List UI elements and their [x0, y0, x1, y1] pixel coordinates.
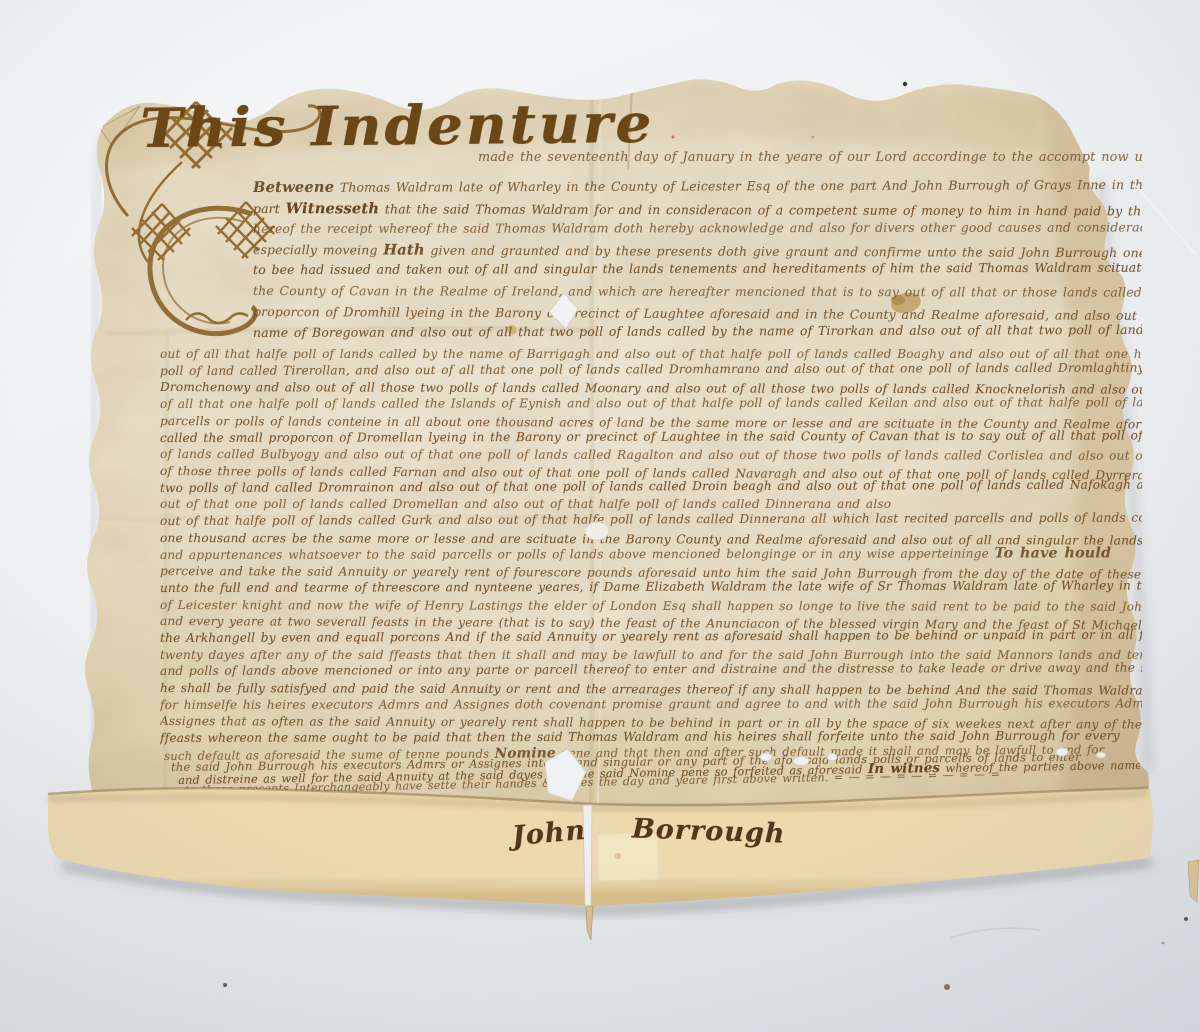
manuscript-line: to bee had issued and taken out of all a… [253, 260, 1142, 277]
manuscript-line: out of that halfe poll of lands called G… [160, 511, 1142, 528]
manuscript-line: the Arkhangell by even and equall porcon… [160, 627, 1142, 644]
manuscript-line: the County of Cavan in the Realme of Ire… [253, 283, 1142, 300]
manuscript-line: he shall be fully satisfyed and paid the… [160, 681, 1142, 698]
manuscript-line: of Leicester knight and now the wife of … [160, 598, 1142, 614]
manuscript-line: Dromchenowy and also out of all those tw… [160, 380, 1142, 397]
manuscript-line: unto the full end and tearme of threesco… [160, 578, 1142, 595]
photograph-of-indenture: This Indenture made the seventeenth day … [0, 0, 1200, 1032]
manuscript-line: proporcon of Dromhill lyeing in the Baro… [253, 304, 1142, 323]
signature-first-name: John [511, 815, 587, 852]
manuscript-line: especially moveing Hath given and graunt… [253, 241, 1142, 261]
manuscript-line: part Witnesseth that the said Thomas Wal… [253, 200, 1142, 219]
manuscript-line: poll of land called Tirerollan, and also… [160, 360, 1142, 377]
manuscript-line: made the seventeenth day of January in t… [478, 150, 1142, 165]
manuscript-line: and appurtenances whatsoever to the said… [160, 546, 1142, 564]
manuscript-line: twenty dayes after any of the said ffeas… [160, 648, 1142, 662]
manuscript-line: for himselfe his heires executors Admrs … [160, 696, 1142, 712]
manuscript-line: hereof the receipt whereof the said Thom… [253, 219, 1142, 236]
signature-surname: Borrough [632, 813, 786, 849]
manuscript-line: of all that one halfe poll of lands call… [160, 395, 1142, 411]
manuscript-line: of lands called Bulbyogy and also out of… [160, 447, 1142, 463]
manuscript-line: out of all that halfe poll of lands call… [160, 347, 1142, 361]
manuscript-line: two polls of land called Dromrainon and … [160, 477, 1142, 494]
manuscript-line: called the small proporcon of Dromellan … [160, 428, 1142, 445]
manuscript-line: name of Boregowan and also out of all th… [253, 321, 1142, 339]
manuscript-text: This Indenture made the seventeenth day … [0, 0, 1200, 1032]
manuscript-line: out of that one poll of lands called Dro… [160, 497, 1142, 511]
manuscript-line: Betweene Thomas Waldram late of Wharley … [253, 176, 1142, 196]
manuscript-line: and polls of lands above mencioned or in… [160, 661, 1142, 678]
